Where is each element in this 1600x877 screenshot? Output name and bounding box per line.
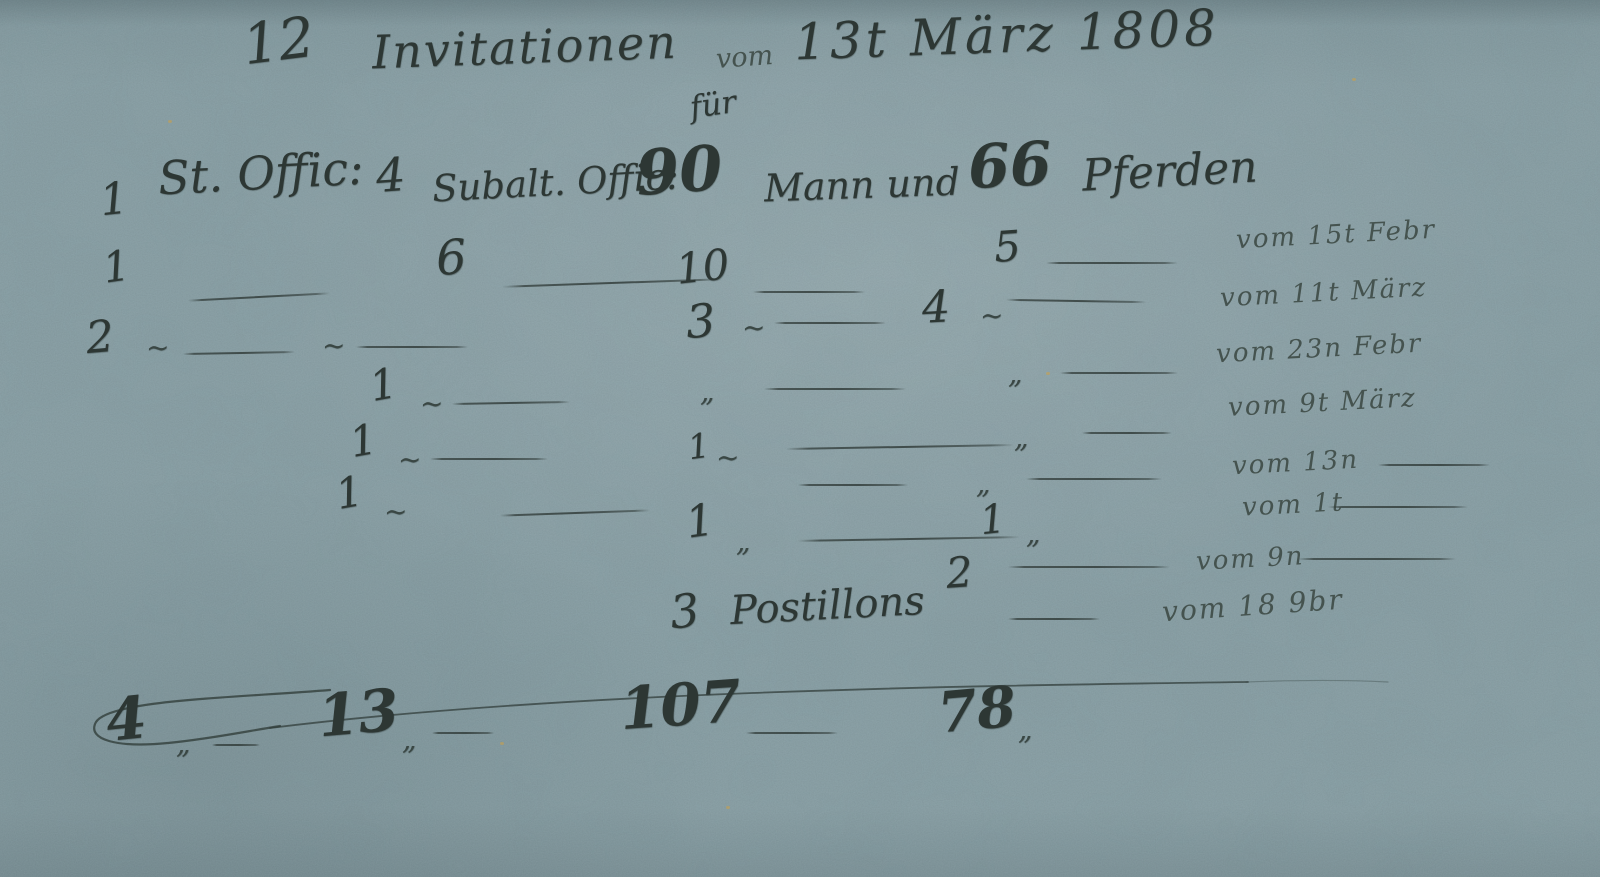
ink-stroke [430,458,548,460]
total-ditto: „ [1018,716,1033,744]
ink-stroke [1046,262,1178,264]
paper-fleck [500,742,504,745]
row4-date: vom 9t März [1227,385,1417,421]
ink-stroke [1008,618,1100,620]
paper-fleck [168,120,172,123]
ink-stroke [356,346,468,348]
total-subalt: 13 [316,681,401,746]
row4-subalt: 1 [347,418,381,464]
header-subalt-count: 4 [374,151,406,199]
total-pferde: 78 [936,679,1019,742]
row2-ditto: ~ [980,302,1003,330]
total-ditto: „ [176,730,191,758]
ink-stroke [786,444,1014,450]
row8-date: vom 18 9br [1161,586,1344,627]
paper-fleck [1046,372,1050,375]
row2-pferde: 4 [921,285,951,330]
header-pferde-label: Pferden [1081,145,1259,198]
ink-stroke [183,351,295,355]
row5-subalt: 1 [333,470,367,516]
row7-date: vom 9n [1195,543,1305,575]
row1-date: vom 15t Febr [1235,217,1436,253]
ink-stroke [432,732,494,734]
ink-stroke [1006,299,1146,303]
title-word: Invitationen [371,19,678,76]
ink-stroke [753,291,865,293]
total-ditto: „ [402,726,417,754]
row3-pferde-ditto: „ [1008,360,1023,388]
row3-mann-ditto: „ [700,378,715,406]
total-st: 4 [103,688,149,750]
ink-stroke [798,484,908,486]
row6-pferde-ditto: „ [1026,520,1041,548]
row4-mann: 1 [686,429,712,466]
row8-count: 3 [668,587,702,636]
header-pferde-count: 66 [966,134,1053,198]
row2-st: 2 [84,315,116,361]
ink-stroke [1082,432,1172,434]
ink-stroke [1328,506,1468,508]
ink-stroke [188,292,330,301]
scanned-manuscript-page: 12 Invitationen vom 13t März 1808 für 1 … [0,0,1600,877]
row5-date: vom 13n [1231,447,1359,480]
row4-ditto: ~ [398,446,421,474]
row1-st: 1 [100,244,132,289]
ink-stroke [1060,372,1178,374]
row5-pferde-ditto: „ [976,470,991,498]
row4-ditto: ~ [716,444,739,472]
row2-date: vom 11t März [1219,275,1427,312]
row8-label: Postillons [729,581,926,631]
row3-subalt: 1 [367,362,401,408]
row2-ditto: ~ [146,334,169,362]
paper-fleck [726,806,730,809]
ink-stroke [1008,566,1170,568]
subheading-fuer: für [688,87,738,124]
row6-pferde: 1 [978,499,1007,541]
ink-stroke [1026,478,1162,480]
row2-ditto: ~ [742,314,765,342]
ink-stroke [1298,558,1456,560]
header-st-count: 1 [98,177,130,224]
row1-subalt: 6 [434,233,468,283]
row3-ditto: ~ [420,390,443,418]
ink-stroke [452,401,570,405]
title-prep: vom [715,42,774,73]
header-mann-count: 90 [634,137,724,205]
row5-ditto: ~ [384,498,407,526]
ink-stroke [774,322,886,324]
title-date: 13t März 1808 [793,3,1220,68]
paper-fleck [1352,78,1356,81]
header-mann-label: Mann und [763,163,960,208]
row1-mann: 10 [674,243,732,290]
row6-date: vom 1t [1241,489,1344,520]
row7-pferde: 2 [945,551,975,595]
ink-stroke [746,732,838,734]
row1-pferde: 5 [993,225,1023,269]
row2-ditto: ~ [322,332,345,360]
ink-stroke [1378,464,1490,466]
row3-date: vom 23n Febr [1215,331,1423,368]
row6-mann: 1 [683,498,717,545]
title-number: 12 [240,10,318,74]
ink-stroke [500,509,650,516]
ink-stroke [764,388,906,390]
total-mann: 107 [618,672,743,738]
row2-mann: 3 [684,297,716,345]
row4-pferde-ditto: „ [1014,424,1029,452]
header-st-label: St. Offic: [157,145,365,202]
row6-ditto: „ [736,528,751,556]
ink-stroke [212,744,260,746]
